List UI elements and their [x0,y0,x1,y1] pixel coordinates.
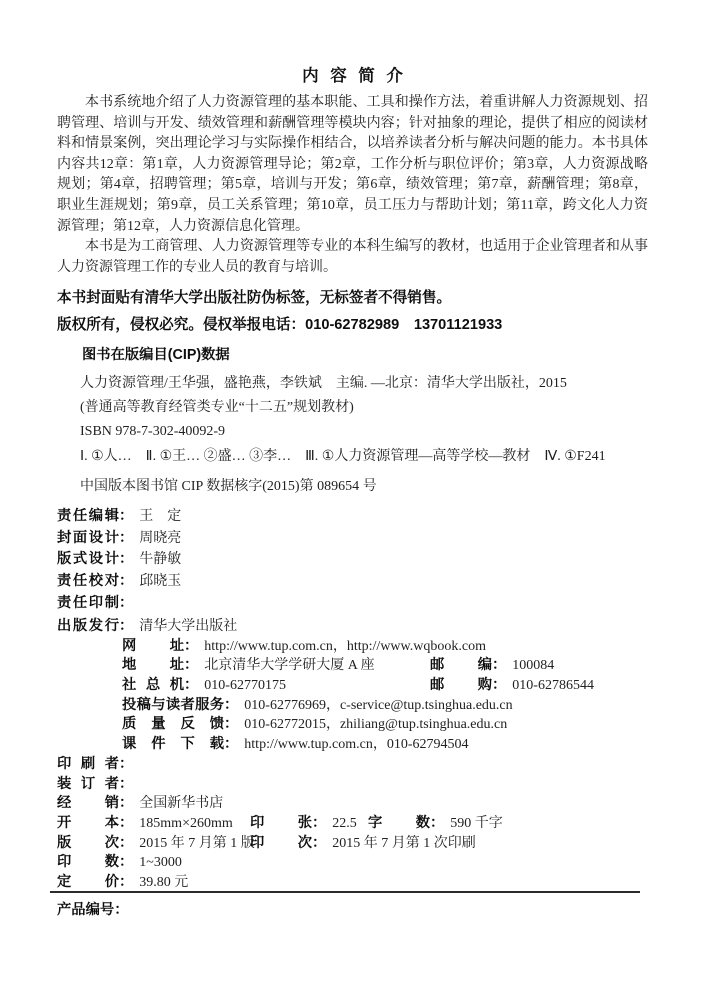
book-copyright-page: 内 容 简 介 本书系统地介绍了人力资源管理的基本职能、工具和操作方法，着重讲解… [0,0,705,1000]
print-run-label: 印 数 [57,851,119,871]
mail-order-field: 邮 购：010-62786544 [430,674,594,694]
colon: ： [119,508,133,524]
staff-label: 封面设计 [57,527,119,547]
colon: ： [119,795,133,811]
distributor-label: 经 销 [57,792,119,812]
price-row: 定 价：39.80 元 [0,871,705,891]
colon: ： [492,657,506,673]
colon: ： [184,657,198,673]
page-title: 内 容 简 介 [0,62,705,86]
edition-row: 版 次：2015 年 7 月第 1 版 印 次：2015 年 7 月第 1 次印… [0,832,705,852]
colon: ： [119,595,133,611]
courseware-download-value: http://www.tup.com.cn，010-62794504 [244,737,468,752]
cip-data-block: 人力资源管理/王华强，盛艳燕，李铁斌 主编. —北京：清华大学出版社，2015 … [80,372,655,469]
cip-series-line: (普通高等教育经管类专业“十二五”规划教材) [80,396,655,420]
mail-order-label: 邮 购 [430,674,492,694]
divider-rule [50,891,640,893]
colon: ： [224,697,238,713]
colon: ： [119,573,133,589]
staff-value: 牛静敏 [139,552,181,567]
publisher-label: 出版发行 [57,615,119,635]
printer-label: 印 刷 者 [57,753,119,773]
cip-title-line: 人力资源管理/王华强，盛艳燕，李铁斌 主编. —北京：清华大学出版社，2015 [80,372,655,396]
colon: ： [119,776,133,792]
colon: ： [119,874,133,890]
switchboard-label: 社 总 机 [122,674,184,694]
website-label: 网 址 [122,635,184,655]
intro-paragraph-1: 本书系统地介绍了人力资源管理的基本职能、工具和操作方法，着重讲解人力资源规划、招… [57,93,648,237]
zip-label: 邮 编 [430,654,492,674]
distribution-row: 经 销：全国新华书店 [0,792,705,812]
courseware-download-label: 课 件 下 载 [122,733,224,753]
format-label: 开 本 [57,812,119,832]
printer-row: 印 刷 者： [0,753,705,773]
copyright-notice: 版权所有，侵权必究。侵权举报电话：010-62782989 1370112193… [57,313,677,334]
colon: ： [312,835,326,851]
reader-service-value: 010-62776969，c-service@tup.tsinghua.edu.… [244,698,512,713]
colon: ： [119,530,133,546]
colon: ： [119,756,133,772]
staff-credits: 责任编辑：王 定 封面设计：周晓亮 版式设计：牛静敏 责任校对：邱晓玉 责任印制… [0,505,705,613]
impression-label: 印 次 [250,832,312,852]
sheets-field: 印 张：22.5 [250,812,357,832]
edition-value: 2015 年 7 月第 1 版 [139,836,255,851]
publisher-row: 出版发行：清华大学出版社 [0,615,705,635]
format-value: 185mm×260mm [139,816,232,831]
publisher-name: 清华大学出版社 [139,619,237,634]
colon: ： [492,677,506,693]
cip-isbn-line: ISBN 978-7-302-40092-9 [80,420,655,444]
colon: ： [184,638,198,654]
print-run-value: 1~3000 [139,855,182,870]
quality-feedback-label: 质 量 反 馈 [122,713,224,733]
colon: ： [119,815,133,831]
product-number-row: 产品编号： [57,899,134,919]
colon: ： [119,618,133,634]
colon: ： [114,902,128,918]
quality-feedback-row: 质 量 反 馈：010-62772015，zhiliang@tup.tsingh… [0,713,705,733]
colon: ： [224,736,238,752]
staff-row-print-supervisor: 责任印制： [0,592,705,614]
cip-record-number: 中国版本图书馆 CIP 数据核字(2015)第 089654 号 [80,475,377,495]
staff-row-proofreader: 责任校对：邱晓玉 [0,570,705,592]
staff-value: 周晓亮 [139,531,181,546]
zip-field: 邮 编：100084 [430,654,554,674]
wordcount-field: 字 数：590 千字 [368,812,503,832]
binder-row: 装 订 者： [0,773,705,793]
staff-row-layout-design: 版式设计：牛静敏 [0,548,705,570]
reader-service-label: 投稿与读者服务 [122,694,224,714]
distributor-value: 全国新华书店 [139,796,223,811]
website-value: http://www.tup.com.cn，http://www.wqbook.… [204,639,486,654]
address-label: 地 址 [122,654,184,674]
cip-heading: 图书在版编目(CIP)数据 [82,344,230,364]
colon: ： [119,835,133,851]
staff-row-editor: 责任编辑：王 定 [0,505,705,527]
switchboard-value: 010-62770175 [204,678,286,693]
edition-label: 版 次 [57,832,119,852]
content-summary: 本书系统地介绍了人力资源管理的基本职能、工具和操作方法，着重讲解人力资源规划、招… [57,93,648,278]
cip-classification-line: Ⅰ. ①人… Ⅱ. ①王… ②盛… ③李… Ⅲ. ①人力资源管理—高等学校—教材… [80,445,655,469]
anti-piracy-notice: 本书封面贴有清华大学出版社防伪标签，无标签者不得销售。 [57,286,677,307]
colon: ： [184,677,198,693]
sheets-value: 22.5 [332,816,357,831]
staff-label: 责任编辑 [57,505,119,525]
switchboard-row: 社 总 机：010-62770175 邮 购：010-62786544 [0,674,705,694]
colophon: 出版发行：清华大学出版社 网 址：http://www.tup.com.cn，h… [0,615,705,891]
staff-value: 邱晓玉 [139,574,181,589]
staff-row-cover-design: 封面设计：周晓亮 [0,527,705,549]
product-number-label: 产品编号 [57,899,114,919]
courseware-download-row: 课 件 下 载：http://www.tup.com.cn，010-627945… [0,733,705,753]
price-value: 39.80 元 [139,875,188,890]
intro-paragraph-2: 本书是为工商管理、人力资源管理等专业的本科生编写的教材，也适用于企业管理者和从事… [57,237,648,278]
colon: ： [119,854,133,870]
impression-value: 2015 年 7 月第 1 次印刷 [332,836,476,851]
wordcount-value: 590 千字 [450,816,503,831]
sheets-label: 印 张 [250,812,312,832]
address-value: 北京清华大学学研大厦 A 座 [204,658,374,673]
staff-label: 责任校对 [57,570,119,590]
colon: ： [312,815,326,831]
format-row: 开 本：185mm×260mm 印 张：22.5 字 数：590 千字 [0,812,705,832]
price-label: 定 价 [57,871,119,891]
quality-feedback-value: 010-62772015，zhiliang@tup.tsinghua.edu.c… [244,717,507,732]
impression-field: 印 次：2015 年 7 月第 1 次印刷 [250,832,476,852]
wordcount-label: 字 数 [368,812,430,832]
staff-label: 版式设计 [57,548,119,568]
zip-value: 100084 [512,658,554,673]
colon: ： [430,815,444,831]
colon: ： [119,551,133,567]
staff-value: 王 定 [139,509,181,524]
mail-order-value: 010-62786544 [512,678,594,693]
binder-label: 装 订 者 [57,773,119,793]
colon: ： [224,716,238,732]
staff-label: 责任印制 [57,592,119,612]
address-row: 地 址：北京清华大学学研大厦 A 座 邮 编：100084 [0,654,705,674]
reader-service-row: 投稿与读者服务：010-62776969，c-service@tup.tsing… [0,694,705,714]
website-row: 网 址：http://www.tup.com.cn，http://www.wqb… [0,635,705,655]
print-run-row: 印 数：1~3000 [0,851,705,871]
